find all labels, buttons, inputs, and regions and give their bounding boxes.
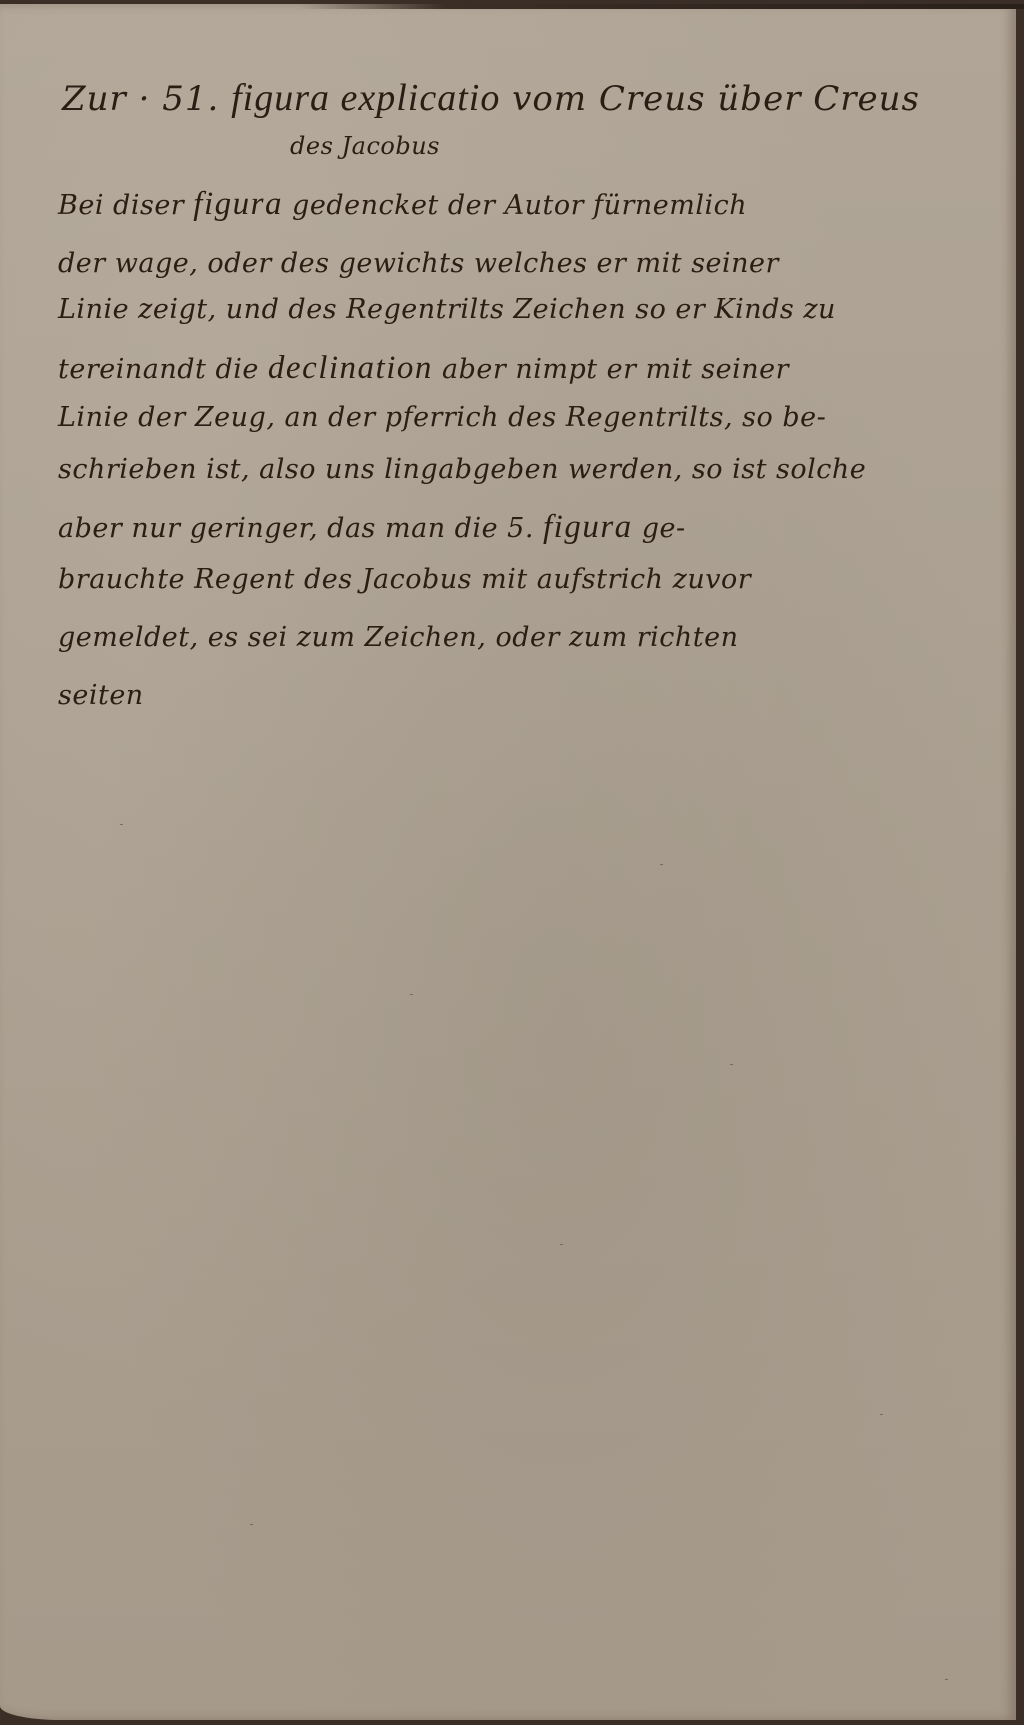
line-text: Linie zeigt, und des Regentrilts Zeichen… xyxy=(58,294,836,325)
text-line-9: gemeldet, es sei zum Zeichen, oder zum r… xyxy=(58,622,739,653)
paper-fleck xyxy=(250,1524,253,1525)
paper-fleck xyxy=(880,1414,883,1415)
line-text: tereinandt die xyxy=(58,354,268,385)
heading-rest: vom Creus über Creus xyxy=(512,79,920,119)
line-text: aber nur geringer, das man die 5. xyxy=(58,513,543,544)
line-text: schrieben ist, also uns lingabgeben werd… xyxy=(58,454,866,485)
paper-fleck xyxy=(120,824,123,825)
paper-fleck xyxy=(660,864,663,865)
text-line-1: Bei diser figura gedencket der Autor für… xyxy=(58,186,747,223)
line-latin-term: figura xyxy=(193,186,283,222)
text-line-5: Linie der Zeug, an der pferrich des Rege… xyxy=(58,402,826,433)
paper-fleck xyxy=(410,994,413,995)
line-text: ge- xyxy=(633,513,686,544)
paper-fleck xyxy=(730,1064,733,1065)
text-line-3: Linie zeigt, und des Regentrilts Zeichen… xyxy=(58,294,836,325)
paper-fleck xyxy=(945,1679,948,1680)
heading-second-line: des Jacobus xyxy=(290,132,440,160)
text-line-8: brauchte Regent des Jacobus mit aufstric… xyxy=(58,564,751,595)
heading-latin: figura explicatio xyxy=(231,77,500,119)
page-top-edge xyxy=(300,4,1024,9)
line-text: aber nimpt er mit seiner xyxy=(433,354,789,385)
heading-prefix: Zur · 51. xyxy=(62,79,219,119)
paper-fleck xyxy=(560,1244,563,1245)
text-line-10: seiten xyxy=(58,680,144,711)
heading-line: Zur · 51. figura explicatio vom Creus üb… xyxy=(62,76,920,120)
text-line-4: tereinandt die declination aber nimpt er… xyxy=(58,350,789,387)
line-text: Bei diser xyxy=(58,190,193,221)
text-line-7: aber nur geringer, das man die 5. figura… xyxy=(58,509,686,546)
line-text: brauchte Regent des Jacobus mit aufstric… xyxy=(58,564,751,595)
line-text: seiten xyxy=(58,680,144,711)
line-text: der wage, oder des gewichts welches er m… xyxy=(58,248,779,279)
line-latin-term: declination xyxy=(268,350,433,386)
line-latin-term: figura xyxy=(543,509,633,545)
text-line-6: schrieben ist, also uns lingabgeben werd… xyxy=(58,454,866,485)
manuscript-page: Zur · 51. figura explicatio vom Creus üb… xyxy=(0,4,1016,1720)
text-line-2: der wage, oder des gewichts welches er m… xyxy=(58,248,779,279)
line-text: Linie der Zeug, an der pferrich des Rege… xyxy=(58,402,826,433)
line-text: gemeldet, es sei zum Zeichen, oder zum r… xyxy=(58,622,739,653)
line-text: gedencket der Autor fürnemlich xyxy=(283,190,747,221)
